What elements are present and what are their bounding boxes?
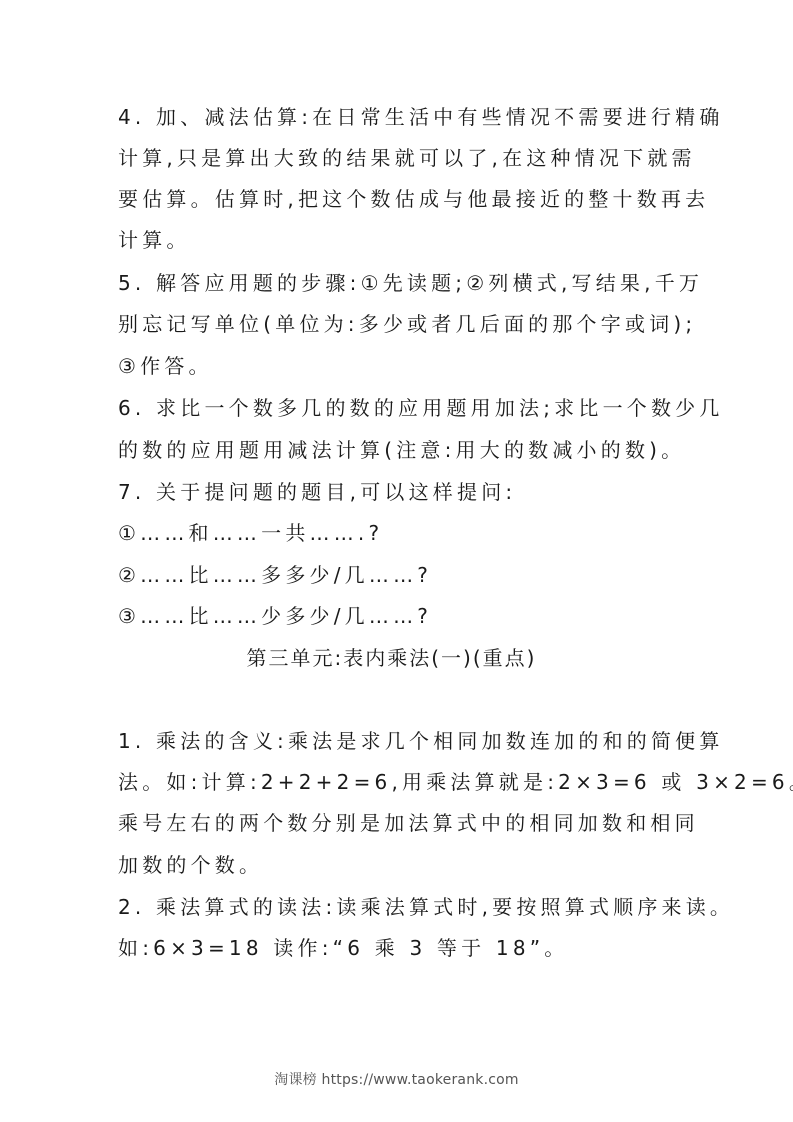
item4-line-1: 4. 加、减法估算:在日常生活中有些情况不需要进行精确 (118, 105, 688, 129)
item6-line-2: 的数的应用题用减法计算(注意:用大的数减小的数)。 (118, 438, 688, 462)
item5-line-1: 5. 解答应用题的步骤:①先读题;②列横式,写结果,千万 (118, 271, 688, 295)
item7-line-1: 7. 关于提问题的题目,可以这样提问: (118, 480, 688, 504)
item5-line-3: ③作答。 (118, 354, 688, 378)
unit3-item2-line-2: 如:6×3=18 读作:“6 乘 3 等于 18”。 (118, 936, 688, 960)
unit3-heading-text: 第三单元:表内乘法(一)(重点) (247, 646, 537, 670)
unit3-item1-line-2: 法。如:计算:2+2+2=6,用乘法算就是:2×3=6 或 3×2=6。 (118, 770, 688, 794)
item5-line-2: 别忘记写单位(单位为:多少或者几后面的那个字或词); (118, 312, 688, 336)
footer-watermark: 淘课榜 https://www.taokerank.com (0, 1069, 793, 1089)
item7-option-3: ③……比……少多少/几……? (118, 604, 688, 628)
item4-line-3: 要估算。估算时,把这个数估成与他最接近的整十数再去 (118, 187, 688, 211)
unit3-item1-line-4: 加数的个数。 (118, 853, 688, 877)
item7-option-2: ②……比……多多少/几……? (118, 563, 688, 587)
item4-line-2: 计算,只是算出大致的结果就可以了,在这种情况下就需 (118, 146, 688, 170)
unit3-item1-line-3: 乘号左右的两个数分别是加法算式中的相同加数和相同 (118, 811, 688, 835)
item7-option-1: ①……和……一共…….? (118, 521, 688, 545)
document-page: 4. 加、减法估算:在日常生活中有些情况不需要进行精确 计算,只是算出大致的结果… (0, 0, 793, 1122)
unit3-item1-line-1: 1. 乘法的含义:乘法是求几个相同加数连加的和的简便算 (118, 729, 688, 753)
unit3-item2-line-1: 2. 乘法算式的读法:读乘法算式时,要按照算式顺序来读。 (118, 895, 688, 919)
item6-line-1: 6. 求比一个数多几的数的应用题用加法;求比一个数少几 (118, 396, 688, 420)
item4-line-4: 计算。 (118, 228, 688, 252)
unit3-heading: 第三单元:表内乘法(一)(重点) (0, 646, 793, 670)
